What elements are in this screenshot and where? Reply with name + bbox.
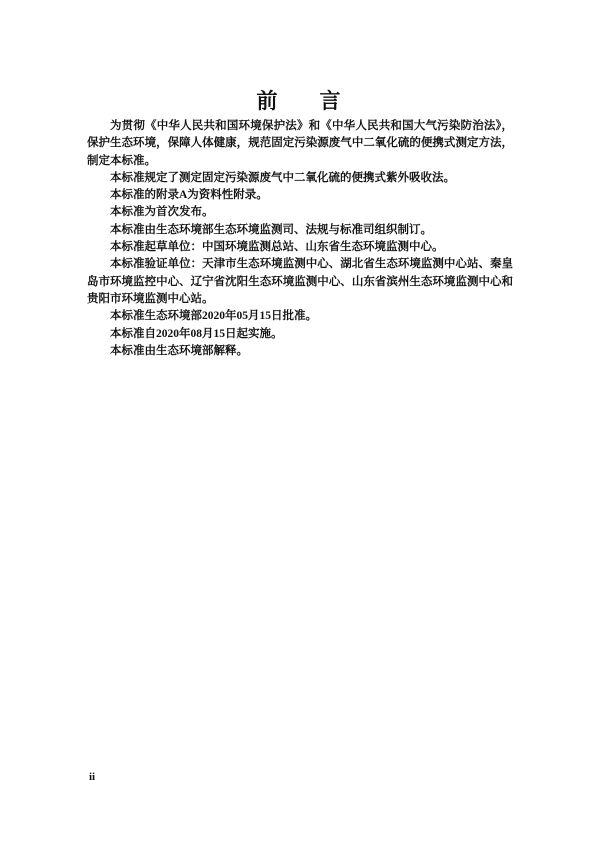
paragraph: 本标准由生态环境部解释。	[87, 343, 513, 360]
paragraph: 本标准的附录A为资料性附录。	[87, 187, 513, 204]
paragraph: 本标准为首次发布。	[87, 204, 513, 221]
paragraph: 本标准自2020年08月15日起实施。	[87, 326, 513, 343]
paragraph: 本标准生态环境部2020年05月15日批准。	[87, 308, 513, 325]
paragraph: 本标准验证单位：天津市生态环境监测中心、湖北省生态环境监测中心站、秦皇岛市环境监…	[87, 256, 513, 308]
page-title: 前 言	[0, 85, 597, 115]
paragraph: 为贯彻《中华人民共和国环境保护法》和《中华人民共和国大气污染防治法》，保护生态环…	[87, 118, 513, 170]
paragraph: 本标准起草单位：中国环境监测总站、山东省生态环境监测中心。	[87, 239, 513, 256]
paragraph: 本标准规定了测定固定污染源废气中二氧化硫的便携式紫外吸收法。	[87, 170, 513, 187]
document-page: 前 言 为贯彻《中华人民共和国环境保护法》和《中华人民共和国大气污染防治法》，保…	[0, 0, 597, 842]
paragraph: 本标准由生态环境部生态环境监测司、法规与标准司组织制订。	[87, 222, 513, 239]
preface-body: 为贯彻《中华人民共和国环境保护法》和《中华人民共和国大气污染防治法》，保护生态环…	[87, 118, 513, 360]
page-number: ii	[89, 771, 95, 783]
